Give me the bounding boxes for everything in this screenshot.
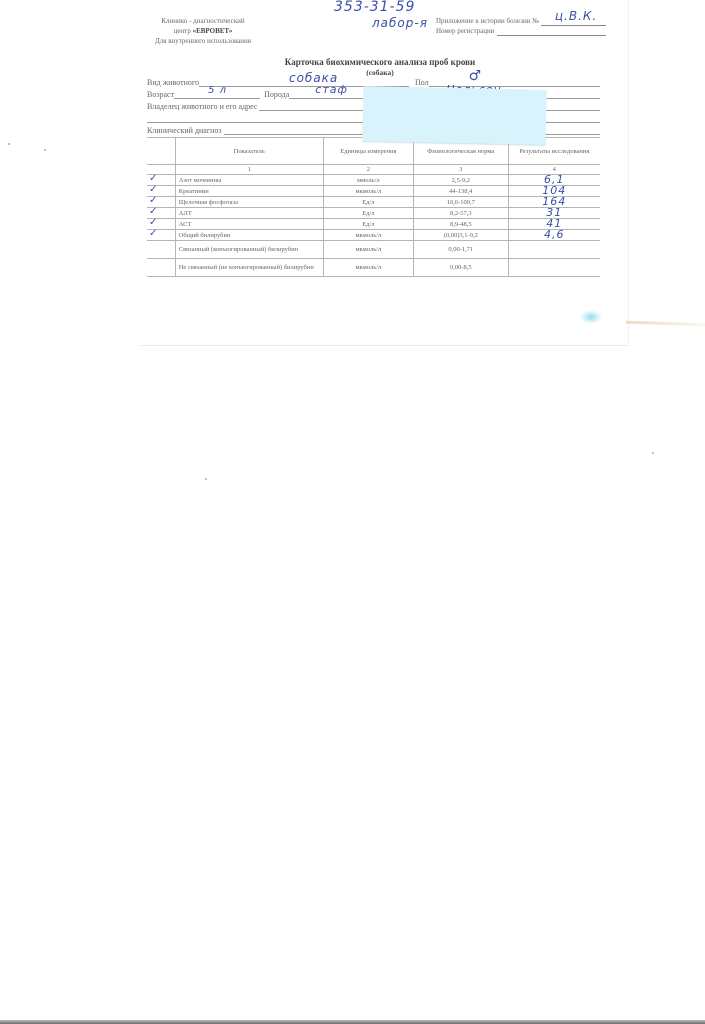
handwritten-note: лабор-я — [372, 16, 428, 30]
age-label: Возраст — [147, 90, 174, 99]
indicator-norm: 44-138,4 — [414, 186, 509, 197]
breed-value: стаф — [315, 83, 348, 96]
table-row: ✓АСТЕд/л8,9-48,541 — [147, 219, 600, 230]
indicator-unit: Ед/л — [323, 219, 413, 230]
scanner-edge — [0, 1020, 705, 1024]
sticky-note-redaction — [362, 86, 546, 145]
clinic-brand: «ЕВРОВЕТ» — [193, 27, 233, 35]
sex-value: ♂ — [469, 68, 483, 84]
breed-label: Порода — [264, 90, 289, 99]
species-label: Вид животного — [147, 78, 199, 87]
sex-label: Пол — [415, 78, 429, 87]
result-value: 4,6 — [544, 228, 565, 241]
results-table: Показатель Единицы измерения Физиологиче… — [147, 137, 600, 277]
ink-smudge — [580, 310, 602, 324]
table-row: ✓АЛТЕд/л8,2-57,331 — [147, 208, 600, 219]
clinic-type: Клинико - диагностический — [148, 16, 258, 26]
indicator-result: 4,6 — [508, 230, 600, 241]
indicator-result — [508, 241, 600, 259]
indicator-unit: мкмоль/л — [323, 230, 413, 241]
paper-edge — [626, 321, 705, 327]
header-indicator: Показатель — [175, 138, 323, 165]
table-row: Не связанный (не конъюгированный) билиру… — [147, 259, 600, 277]
indicator-name: Не связанный (не конъюгированный) билиру… — [175, 259, 323, 277]
indicator-norm: 0,00-1,71 — [414, 241, 509, 259]
scan-speck — [8, 143, 10, 145]
check-mark-icon: ✓ — [149, 184, 157, 195]
indicator-norm: 8,9-48,5 — [414, 219, 509, 230]
check-cell — [147, 259, 175, 277]
indicator-unit: Ед/л — [323, 197, 413, 208]
indicator-unit: мкмоль/л — [323, 241, 413, 259]
check-mark-icon: ✓ — [149, 206, 157, 217]
indicator-norm: (0,00)3,1-9,2 — [414, 230, 509, 241]
indicator-norm: 2,5-9,2 — [414, 175, 509, 186]
table-row: ✓Азот мочевиныммоль/л2,5-9,26,1 — [147, 175, 600, 186]
indicator-result — [508, 259, 600, 277]
document-title: Карточка биохимического анализа проб кро… — [140, 57, 620, 67]
internal-use-note: Для внутреннего использования — [148, 36, 258, 46]
indicator-name: Общий билирубин — [175, 230, 323, 241]
indicator-name: Связанный (конъюгированный) билирубин — [175, 241, 323, 259]
check-mark-icon: ✓ — [149, 195, 157, 206]
indicator-name: Креатинин — [175, 186, 323, 197]
check-mark-icon: ✓ — [149, 228, 157, 239]
scan-speck — [205, 478, 207, 480]
indicator-norm: 10,6-100,7 — [414, 197, 509, 208]
indicator-name: АСТ — [175, 219, 323, 230]
table-row: ✓Креатининмкмоль/л44-138,4104 — [147, 186, 600, 197]
table-row: Связанный (конъюгированный) билирубинмкм… — [147, 241, 600, 259]
record-header: Приложение к истории болезни № ц.В.К. Но… — [436, 16, 606, 36]
history-number-field: Приложение к истории болезни № ц.В.К. — [436, 16, 606, 26]
indicator-unit: мкмоль/л — [323, 186, 413, 197]
indicator-unit: Ед/л — [323, 208, 413, 219]
history-number-value: ц.В.К. — [555, 11, 597, 21]
check-cell — [147, 241, 175, 259]
scan-speck — [652, 452, 654, 454]
indicator-name: Щелочная фосфотаза — [175, 197, 323, 208]
indicator-unit: ммоль/л — [323, 175, 413, 186]
column-number-row: 1 2 3 4 — [147, 165, 600, 175]
clinic-name: центр «ЕВРОВЕТ» — [148, 26, 258, 36]
owner-label: Владелец животного и его адрес — [147, 102, 257, 111]
clinic-header: Клинико - диагностический центр «ЕВРОВЕТ… — [148, 16, 258, 46]
indicator-name: Азот мочевины — [175, 175, 323, 186]
indicator-name: АЛТ — [175, 208, 323, 219]
indicator-norm: 0,00-8,5 — [414, 259, 509, 277]
diagnosis-label: Клинический диагноз — [147, 126, 222, 135]
handwritten-code: 353-31-59 — [334, 0, 415, 15]
check-cell: ✓ — [147, 230, 175, 241]
indicator-norm: 8,2-57,3 — [414, 208, 509, 219]
registration-number-field: Номер регистрации — [436, 26, 606, 36]
table-row: ✓Общий билирубинмкмоль/л(0,00)3,1-9,24,6 — [147, 230, 600, 241]
scan-speck — [44, 149, 46, 151]
indicator-unit: мкмоль/л — [323, 259, 413, 277]
table-row: ✓Щелочная фосфотазаЕд/л10,6-100,7164 — [147, 197, 600, 208]
check-mark-icon: ✓ — [149, 217, 157, 228]
check-mark-icon: ✓ — [149, 173, 157, 184]
registration-number-value — [497, 27, 606, 36]
age-value: 5 л — [208, 85, 227, 96]
